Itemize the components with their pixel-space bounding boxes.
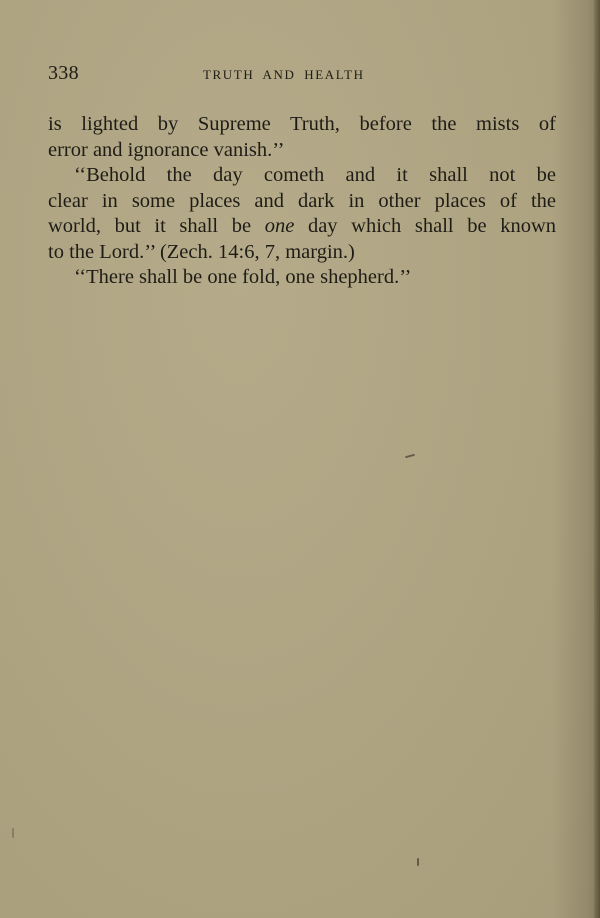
italic-word: one xyxy=(265,215,295,237)
text-line: error and ignorance vanish.’’ xyxy=(48,138,556,164)
page-number: 338 xyxy=(48,62,79,85)
text-line: ‘‘Behold the day cometh and it shall not… xyxy=(48,163,556,189)
text-line: ‘‘There shall be one fold, one shepherd.… xyxy=(48,265,556,291)
page-edge-shadow xyxy=(594,0,600,918)
paper-speck xyxy=(417,858,419,866)
text-segment: day which shall be known xyxy=(294,215,556,237)
paper-speck xyxy=(405,454,415,459)
book-page: 338 TRUTH AND HEALTH is lighted by Supre… xyxy=(0,0,600,918)
paper-speck xyxy=(12,828,14,838)
text-line: is lighted by Supreme Truth, before the … xyxy=(48,112,556,138)
text-line: clear in some places and dark in other p… xyxy=(48,189,556,215)
page-header: 338 TRUTH AND HEALTH xyxy=(48,62,556,86)
body-text: is lighted by Supreme Truth, before the … xyxy=(48,112,556,291)
running-head: TRUTH AND HEALTH xyxy=(203,67,365,83)
text-line: to the Lord.’’ (Zech. 14:6, 7, margin.) xyxy=(48,240,556,266)
text-line: world, but it shall be one day which sha… xyxy=(48,214,556,240)
text-segment: world, but it shall be xyxy=(48,215,265,237)
